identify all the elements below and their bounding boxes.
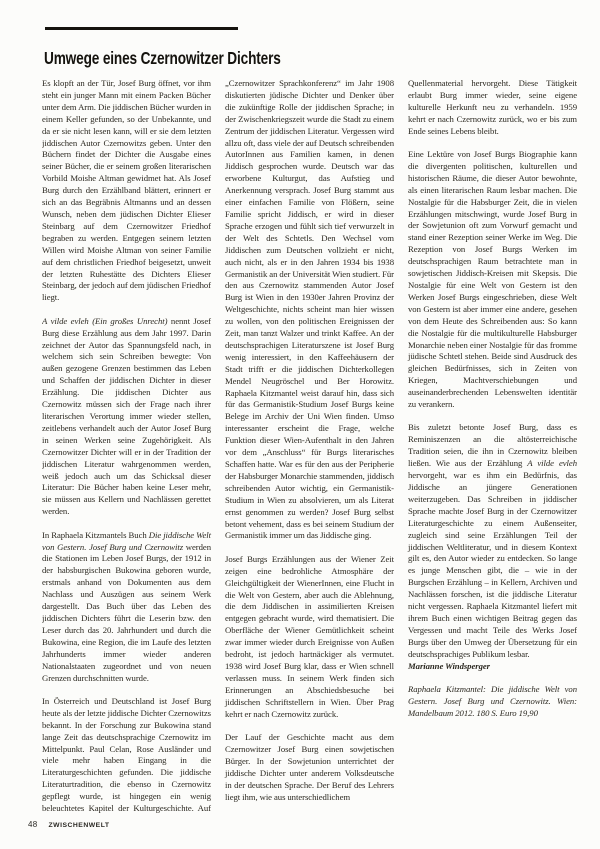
page-number: 48 xyxy=(28,820,38,829)
paragraph: In Raphaela Kitzmantels Buch Die jiddisc… xyxy=(42,530,211,685)
paragraph: In Österreich und Deutschland ist Josef … xyxy=(42,696,211,814)
section-rule xyxy=(45,27,238,30)
paragraph: Marianne Windsperger xyxy=(408,661,577,673)
paragraph: Josef Burgs Erzählungen aus der Wiener Z… xyxy=(225,554,394,721)
text-column-3: Quellenmaterial hervorgeht. Diese Tätigk… xyxy=(408,78,577,814)
text-column-2: „Czernowitzer Sprachkonferenz“ im Jahr 1… xyxy=(225,78,394,814)
paragraph: Raphaela Kitzmantel: Die jiddische Welt … xyxy=(408,684,577,720)
journal-name: ZWISCHENWELT xyxy=(49,822,110,829)
article-title: Umwege eines Czernowitzer Dichters xyxy=(44,48,281,69)
paragraph: „Czernowitzer Sprachkonferenz“ im Jahr 1… xyxy=(225,78,394,542)
magazine-page: { "article": { "title": "Umwege eines Cz… xyxy=(0,0,600,849)
page-footer: 48 ZWISCHENWELT xyxy=(28,820,110,829)
paragraph: A vilde evleh (Ein großes Unrecht) nennt… xyxy=(42,316,211,518)
paragraph: Eine Lektüre von Josef Burgs Biographie … xyxy=(408,149,577,411)
paragraph: Der Lauf der Geschichte macht aus dem Cz… xyxy=(225,732,394,803)
paragraph: Bis zuletzt betonte Josef Burg, dass es … xyxy=(408,422,577,660)
text-column-1: Es klopft an der Tür, Josef Burg öffnet,… xyxy=(42,78,211,814)
article-body: Es klopft an der Tür, Josef Burg öffnet,… xyxy=(42,78,577,814)
paragraph: Quellenmaterial hervorgeht. Diese Tätigk… xyxy=(408,78,577,138)
paragraph: Es klopft an der Tür, Josef Burg öffnet,… xyxy=(42,78,211,304)
